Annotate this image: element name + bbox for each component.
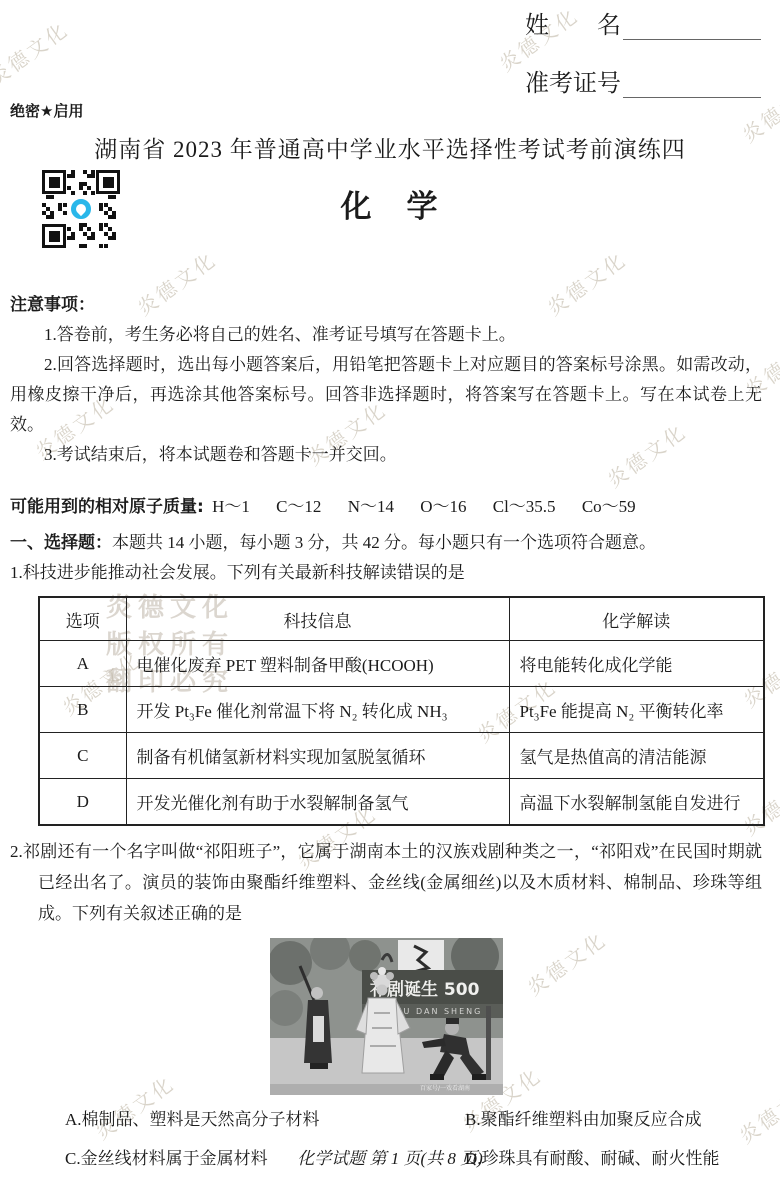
atomic-mass-value: N～14 bbox=[348, 497, 394, 516]
option-label: A. bbox=[65, 1110, 82, 1129]
notice-item: 1.答卷前，考生务必将自己的姓名、准考证号填写在答题卡上。 bbox=[10, 320, 762, 350]
option-b: B.聚酯纤维塑料由加聚反应合成 bbox=[465, 1105, 762, 1134]
table-row: B 开发 Pt₃Fe 催化剂常温下将 N₂ 转化成 NH₃ Pt₃Fe 能提高 … bbox=[39, 687, 764, 733]
qr-code bbox=[42, 170, 120, 248]
table-header-row: 选项 科技信息 化学解读 bbox=[39, 597, 764, 641]
table-row: A 电催化废弃 PET 塑料制备甲酸(HCOOH) 将电能转化成化学能 bbox=[39, 641, 764, 687]
table-cell-option: B bbox=[39, 687, 126, 733]
qr-finder-icon bbox=[42, 224, 66, 248]
table-cell-interpretation: 氢气是热值高的清洁能源 bbox=[509, 733, 764, 779]
table-cell-interpretation: 将电能转化成化学能 bbox=[509, 641, 764, 687]
secrecy-notice: 绝密★启用 bbox=[10, 100, 83, 121]
name-field: 姓 名 bbox=[525, 12, 761, 40]
atomic-mass-label: 可能用到的相对原子质量: bbox=[10, 497, 204, 517]
photo-caption: 百家号/一戏看湖南 bbox=[420, 1084, 470, 1092]
table-row: C 制备有机储氢新材料实现加氢脱氢循环 氢气是热值高的清洁能源 bbox=[39, 733, 764, 779]
qr-logo-droplet-icon bbox=[69, 197, 93, 221]
question-1-table: 选项 科技信息 化学解读 A 电催化废弃 PET 塑料制备甲酸(HCOOH) 将… bbox=[38, 596, 765, 826]
qr-finder-icon bbox=[96, 170, 120, 194]
table-header-info: 科技信息 bbox=[126, 597, 509, 641]
qr-finder-icon bbox=[42, 170, 66, 194]
name-label: 姓 名 bbox=[525, 12, 621, 40]
atomic-mass-value: H～1 bbox=[212, 497, 250, 516]
option-a: A.棉制品、塑料是天然高分子材料 bbox=[65, 1105, 465, 1134]
option-text: 棉制品、塑料是天然高分子材料 bbox=[82, 1110, 320, 1129]
page-footer: 化学试题 第 1 页(共 8 页) bbox=[0, 1144, 780, 1169]
opera-performance-photo: 祁剧诞生 500 QI JU DAN SHENG 百家号/一戏看湖南 bbox=[270, 938, 503, 1095]
table-cell-info: 制备有机储氢新材料实现加氢脱氢循环 bbox=[126, 733, 509, 779]
exam-paper-page: { "header": { "secrecy": "绝密★启用", "name_… bbox=[0, 0, 780, 1182]
atomic-mass-value: Cl～35.5 bbox=[493, 497, 556, 516]
table-cell-info: 开发 Pt₃Fe 催化剂常温下将 N₂ 转化成 NH₃ bbox=[126, 687, 509, 733]
table-cell-info: 开发光催化剂有助于水裂解制备氢气 bbox=[126, 779, 509, 826]
exam-number-blank-line bbox=[623, 71, 761, 98]
table-cell-interpretation: 高温下水裂解制氢能自发进行 bbox=[509, 779, 764, 826]
table-header-option: 选项 bbox=[39, 597, 126, 641]
section-heading: 一、选择题：本题共 14 小题，每小题 3 分，共 42 分。每小题只有一个选项… bbox=[10, 528, 762, 558]
table-cell-interpretation: Pt₃Fe 能提高 N₂ 平衡转化率 bbox=[509, 687, 764, 733]
diagonal-watermark: 炎德文化 bbox=[0, 14, 74, 92]
table-cell-option: A bbox=[39, 641, 126, 687]
atomic-mass-line: 可能用到的相对原子质量: H～1 C～12 N～14 O～16 Cl～35.5 … bbox=[10, 492, 762, 522]
exam-number-field: 准考证号 bbox=[525, 70, 761, 98]
name-blank-line bbox=[623, 13, 761, 40]
atomic-mass-value: Co～59 bbox=[582, 497, 636, 516]
question-1-stem: 1.科技进步能推动社会发展。下列有关最新科技解读错误的是 bbox=[10, 558, 762, 588]
main-content: 注意事项： 1.答卷前，考生务必将自己的姓名、准考证号填写在答题卡上。 2.回答… bbox=[10, 290, 762, 1173]
table-cell-option: C bbox=[39, 733, 126, 779]
atomic-mass-value: C～12 bbox=[276, 497, 321, 516]
table-row: D 开发光催化剂有助于水裂解制备氢气 高温下水裂解制氢能自发进行 bbox=[39, 779, 764, 826]
notice-heading: 注意事项： bbox=[10, 290, 762, 320]
table-header-interpretation: 化学解读 bbox=[509, 597, 764, 641]
option-label: B. bbox=[465, 1110, 481, 1129]
notice-item: 2.回答选择题时，选出每小题答案后，用铅笔把答题卡上对应题目的答案标号涂黑。如需… bbox=[10, 350, 762, 440]
table-cell-info: 电催化废弃 PET 塑料制备甲酸(HCOOH) bbox=[126, 641, 509, 687]
option-text: 聚酯纤维塑料由加聚反应合成 bbox=[481, 1110, 702, 1129]
atomic-mass-value: O～16 bbox=[420, 497, 466, 516]
notice-item: 3.考试结束后，将本试题卷和答题卡一并交回。 bbox=[10, 440, 762, 470]
exam-number-label: 准考证号 bbox=[525, 70, 621, 98]
table-cell-option: D bbox=[39, 779, 126, 826]
question-2-stem: 2.祁剧还有一个名字叫做“祁阳班子”，它属于湖南本土的汉族戏剧种类之一，“祁阳戏… bbox=[38, 836, 762, 929]
section-heading-desc: 本题共 14 小题，每小题 3 分，共 42 分。每小题只有一个选项符合题意。 bbox=[112, 533, 656, 552]
section-heading-label: 一、选择题： bbox=[10, 533, 112, 553]
exam-title: 湖南省 2023 年普通高中学业水平选择性考试考前演练四 bbox=[0, 131, 780, 164]
